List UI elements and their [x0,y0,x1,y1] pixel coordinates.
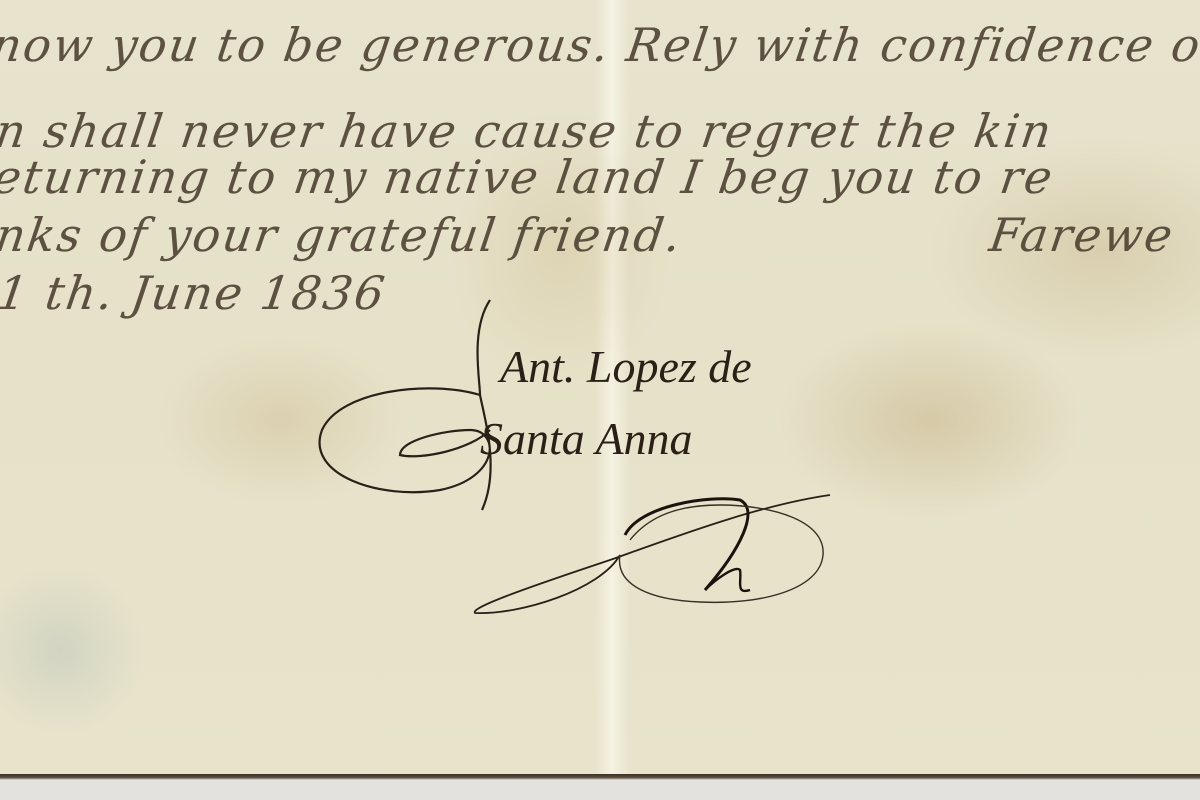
signature-flourish-icon [0,0,1200,800]
display-backing [0,780,1200,800]
